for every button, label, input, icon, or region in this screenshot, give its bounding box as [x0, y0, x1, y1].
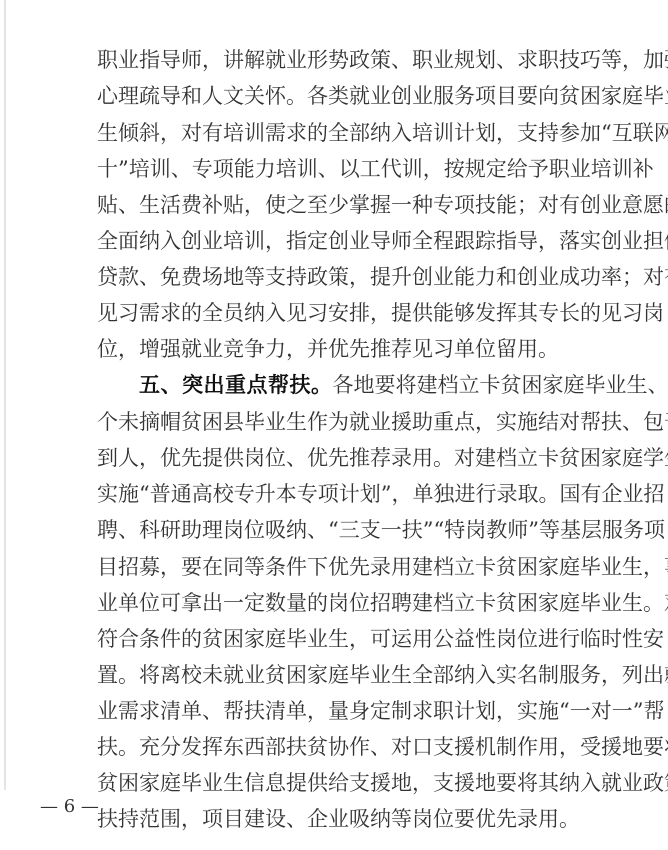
scan-edge-shadow	[4, 0, 6, 790]
text-line: 业单位可拿出一定数量的岗位招聘建档立卡贫困家庭毕业生。对	[97, 588, 601, 618]
text-line: 到人，优先提供岗位、优先推荐录用。对建档立卡贫困家庭学生	[97, 443, 601, 473]
text-line: 贷款、免费场地等支持政策，提升创业能力和创业成功率；对有	[97, 262, 601, 292]
text-line: 扶。充分发挥东西部扶贫协作、对口支援机制作用，受援地要将	[97, 732, 601, 762]
text-line: 实施“普通高校专升本专项计划”，单独进行录取。国有企业招	[97, 479, 601, 509]
text-line: 十”培训、专项能力培训、以工代训，按规定给予职业培训补	[97, 154, 601, 184]
text-line: 聘、科研助理岗位吸纳、“三支一扶”“特岗教师”等基层服务项	[97, 515, 601, 545]
text-line: 生倾斜，对有培训需求的全部纳入培训计划，支持参加“互联网	[97, 118, 601, 148]
text-run: 各地要将建档立卡贫困家庭毕业生、52	[333, 373, 668, 397]
text-line: 心理疏导和人文关怀。各类就业创业服务项目要向贫困家庭毕业	[97, 81, 601, 111]
text-line: 位，增强就业竞争力，并优先推荐见习单位留用。	[97, 334, 601, 364]
text-line: 贫困家庭毕业生信息提供给支援地，支援地要将其纳入就业政策	[97, 768, 601, 798]
text-line: 扶持范围，项目建设、企业吸纳等岗位要优先录用。	[97, 804, 601, 834]
page-number: — 6 —	[40, 792, 99, 822]
text-line: 个未摘帽贫困县毕业生作为就业援助重点，实施结对帮扶、包干	[97, 407, 601, 437]
section-heading-5: 五、突出重点帮扶。	[139, 373, 333, 397]
text-line: 见习需求的全员纳入见习安排，提供能够发挥其专长的见习岗	[97, 298, 601, 328]
text-line: 目招募，要在同等条件下优先录用建档立卡贫困家庭毕业生，事	[97, 552, 601, 582]
text-line: 全面纳入创业培训，指定创业导师全程跟踪指导，落实创业担保	[97, 226, 601, 256]
text-line: 符合条件的贫困家庭毕业生，可运用公益性岗位进行临时性安	[97, 624, 601, 654]
section-5-first-line: 五、突出重点帮扶。各地要将建档立卡贫困家庭毕业生、52	[139, 370, 601, 400]
text-line: 置。将离校未就业贫困家庭毕业生全部纳入实名制服务，列出就	[97, 660, 601, 690]
text-line: 职业指导师，讲解就业形势政策、职业规划、求职技巧等，加强	[97, 45, 601, 75]
text-line: 业需求清单、帮扶清单，量身定制求职计划，实施“一对一”帮	[97, 696, 601, 726]
text-line: 贴、生活费补贴，使之至少掌握一种专项技能；对有创业意愿的	[97, 190, 601, 220]
